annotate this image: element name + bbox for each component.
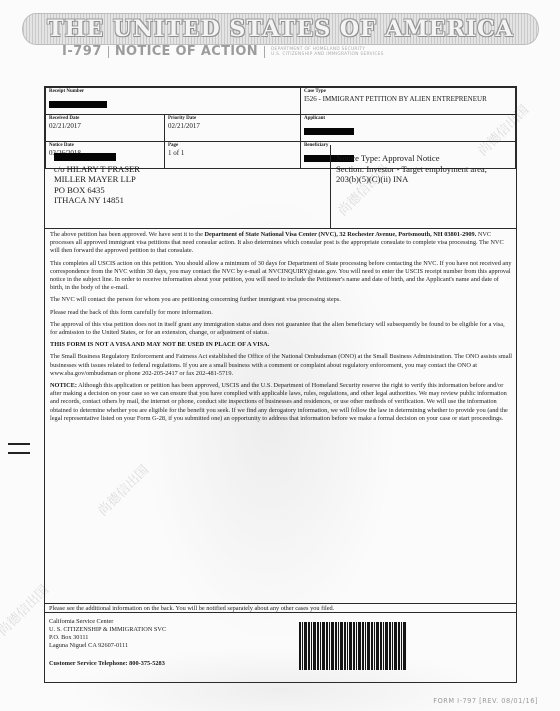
- notice-section-line-1: Section: Investor - Target employment ar…: [336, 164, 487, 174]
- header-banner: THE UNITED STATES OF AMERICA: [22, 13, 539, 45]
- department-line-2: U.S. CITIZENSHIP AND IMMIGRATION SERVICE…: [271, 52, 384, 57]
- office-line: Laguna Niguel CA 92607-0111: [49, 642, 128, 649]
- not-a-visa-warning: THIS FORM IS NOT A VISA AND MAY NOT BE U…: [50, 341, 269, 348]
- redacted-receipt-number: [49, 101, 107, 108]
- receipt-number-cell: Receipt Number: [46, 88, 301, 115]
- case-type-value: I526 - IMMIGRANT PETITION BY ALIEN ENTRE…: [304, 95, 512, 104]
- office-line: P.O. Box 30111: [49, 634, 88, 641]
- barcode: [299, 622, 407, 670]
- receipt-number-label: Receipt Number: [49, 89, 297, 95]
- divider: [264, 46, 265, 58]
- mailing-address: c/o HILARY T FRASER MILLER MAYER LLP PO …: [45, 145, 331, 228]
- paragraph: The NVC will contact the person for whom…: [50, 296, 512, 304]
- service-center-address: California Service Center U. S. CITIZENS…: [49, 618, 166, 650]
- paragraph: This completes all USCIS action on this …: [50, 260, 512, 293]
- address-line: MILLER MAYER LLP: [54, 174, 136, 184]
- notice-type-block: Notice Type: Approval Notice Section: In…: [336, 153, 514, 185]
- address-line: PO BOX 6435: [54, 185, 105, 195]
- banner-title: THE UNITED STATES OF AMERICA: [47, 16, 513, 42]
- address-section: c/o HILARY T FRASER MILLER MAYER LLP PO …: [45, 145, 516, 229]
- nvc-address: Department of State National Visa Center…: [204, 231, 476, 238]
- office-line: California Service Center: [49, 618, 113, 625]
- redacted-applicant: [304, 128, 354, 135]
- case-type-cell: Case Type I526 - IMMIGRANT PETITION BY A…: [300, 88, 515, 115]
- notice-section-line-2: 203(b)(5)(C)(ii) INA: [336, 174, 408, 184]
- form-revision: FORM I-797 [REV. 08/01/16]: [433, 697, 538, 705]
- notice-body: The above petition has been approved. We…: [50, 231, 512, 427]
- paragraph: The Small Business Regulatory Enforcemen…: [50, 353, 512, 378]
- priority-date-value: 02/21/2017: [168, 122, 297, 131]
- applicant-label: Applicant: [304, 116, 512, 122]
- customer-service-phone: Customer Service Telephone: 800-375-5283: [49, 660, 165, 667]
- paragraph: The approval of this visa petition does …: [50, 321, 512, 337]
- applicant-cell: Applicant: [300, 115, 515, 142]
- address-line: c/o HILARY T FRASER: [54, 164, 140, 174]
- footer-note: Please see the additional information on…: [45, 603, 516, 613]
- divider: [108, 46, 109, 58]
- margin-mark: [8, 443, 30, 445]
- form-heading: I-797 NOTICE OF ACTION DEPARTMENT OF HOM…: [62, 44, 384, 59]
- text: The above petition has been approved. We…: [50, 231, 204, 238]
- address-line: ITHACA NY 14851: [54, 195, 124, 205]
- notice-form: Receipt Number Case Type I526 - IMMIGRAN…: [44, 86, 517, 683]
- department-name: DEPARTMENT OF HOMELAND SECURITY U.S. CIT…: [271, 47, 384, 57]
- paragraph: Please read the back of this form carefu…: [50, 309, 512, 317]
- paragraph: THIS FORM IS NOT A VISA AND MAY NOT BE U…: [50, 341, 512, 349]
- paragraph: The above petition has been approved. We…: [50, 231, 512, 256]
- priority-date-cell: Priority Date 02/21/2017: [165, 115, 301, 142]
- text: Although this application or petition ha…: [50, 382, 508, 422]
- redacted-recipient-name: [54, 153, 116, 161]
- notice-type: Notice Type: Approval Notice: [336, 153, 440, 163]
- received-date-cell: Received Date 02/21/2017: [46, 115, 165, 142]
- notice-label: NOTICE:: [50, 382, 77, 389]
- margin-mark: [8, 452, 30, 454]
- form-name: NOTICE OF ACTION: [115, 44, 258, 59]
- form-number: I-797: [62, 44, 102, 59]
- office-line: U. S. CITIZENSHIP & IMMIGRATION SVC: [49, 626, 166, 633]
- received-date-value: 02/21/2017: [49, 122, 161, 131]
- paragraph: NOTICE: Although this application or pet…: [50, 382, 512, 423]
